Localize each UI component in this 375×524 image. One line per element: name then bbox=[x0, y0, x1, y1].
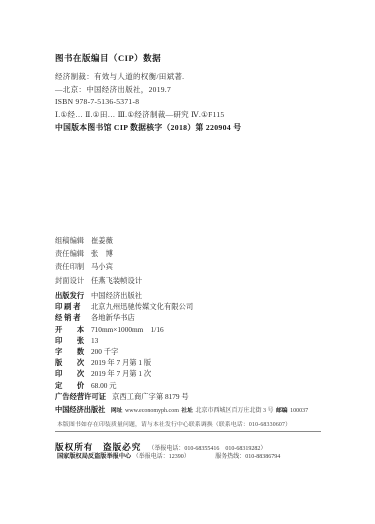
publishing-value: 京西工商广字第 8179 号 bbox=[112, 391, 189, 402]
publishing-value: 2019 年 7 月第 1 版 bbox=[91, 357, 151, 368]
publishing-value: 68.00 元 bbox=[91, 380, 117, 391]
publishing-label: 字 数 bbox=[55, 346, 85, 357]
staff-label: 组稿编辑 bbox=[55, 234, 85, 247]
publisher-contact-line: 中国经济出版社 网址 www.economyph.com 社址 北京市西城区百万… bbox=[55, 405, 355, 415]
staff-value: 张 博 bbox=[91, 247, 113, 260]
address-label: 社址 bbox=[181, 408, 193, 414]
cip-publisher-line: —北京：中国经济出版社，2019.7 bbox=[55, 84, 327, 97]
staff-row: 封面设计 任燕飞装帧设计 bbox=[55, 274, 315, 287]
publishing-row: 印 次 2019 年 7 月第 1 次 bbox=[55, 368, 335, 379]
cip-book-title-line: 经济制裁：有效与人道的权衡/田斌著. bbox=[55, 71, 327, 84]
publishing-value: 710mm×1000mm 1/16 bbox=[91, 324, 164, 335]
publishing-row: 经 销 者 各地新华书店 bbox=[55, 312, 335, 323]
website-value: www.economyph.com bbox=[125, 408, 179, 414]
publishing-label: 印 次 bbox=[55, 368, 85, 379]
cip-classification-line: Ⅰ.①经… Ⅱ.①田… Ⅲ.①经济制裁—研究 Ⅳ.①F115 bbox=[55, 109, 327, 122]
publishing-row: 字 数 200 千字 bbox=[55, 346, 335, 357]
publishing-label: 出版发行 bbox=[55, 290, 85, 301]
publishing-label: 经 销 者 bbox=[55, 312, 85, 323]
publishing-row: 出版发行 中国经济出版社 bbox=[55, 290, 335, 301]
cip-title: 图书在版编目（CIP）数据 bbox=[55, 52, 327, 64]
publishing-value: 各地新华书店 bbox=[91, 312, 135, 323]
staff-block: 组稿编辑 崔姜薇 责任编辑 张 博 责任印制 马小宾 封面设计 任燕飞装帧设计 bbox=[55, 234, 315, 287]
publishing-label: 版 次 bbox=[55, 357, 85, 368]
staff-row: 责任印制 马小宾 bbox=[55, 260, 315, 273]
anti-piracy-line: 国家版权局反盗版举报中心 （举报电话：12390） 服务热线：010-88386… bbox=[57, 451, 367, 460]
publishing-value: 中国经济出版社 bbox=[91, 290, 142, 301]
website-label: 网址 bbox=[111, 408, 123, 414]
publishing-row: 版 次 2019 年 7 月第 1 版 bbox=[55, 357, 335, 368]
staff-label: 责任编辑 bbox=[55, 247, 85, 260]
staff-row: 责任编辑 张 博 bbox=[55, 247, 315, 260]
publishing-row: 印 张 13 bbox=[55, 335, 335, 346]
divider-rule bbox=[55, 431, 321, 432]
staff-value: 任燕飞装帧设计 bbox=[91, 274, 142, 287]
staff-value: 崔姜薇 bbox=[91, 234, 113, 247]
service-hotline: 服务热线：010-88386794 bbox=[215, 454, 280, 460]
publishing-label: 印 张 bbox=[55, 335, 85, 346]
publishing-value: 2019 年 7 月第 1 次 bbox=[91, 368, 151, 379]
publishing-row: 广告经营许可证 京西工商广字第 8179 号 bbox=[55, 391, 335, 402]
address-value: 北京市西城区百万庄北街 3 号 bbox=[195, 408, 273, 414]
publishing-value: 北京九州迅驰传媒文化有限公司 bbox=[91, 301, 193, 312]
zip-label: 邮编 bbox=[276, 408, 288, 414]
publishing-row: 定 价 68.00 元 bbox=[55, 380, 335, 391]
publishing-label: 印 刷 者 bbox=[55, 301, 85, 312]
publishing-row: 开 本 710mm×1000mm 1/16 bbox=[55, 324, 335, 335]
anti-piracy-phone: （举报电话：12390） bbox=[133, 454, 190, 460]
copyright-page: 图书在版编目（CIP）数据 经济制裁：有效与人道的权衡/田斌著. —北京：中国经… bbox=[0, 0, 375, 524]
publishing-value: 13 bbox=[91, 335, 98, 346]
publishing-label: 广告经营许可证 bbox=[55, 391, 106, 402]
publishing-row: 印 刷 者 北京九州迅驰传媒文化有限公司 bbox=[55, 301, 335, 312]
staff-row: 组稿编辑 崔姜薇 bbox=[55, 234, 315, 247]
cip-isbn-line: ISBN 978-7-5136-5371-8 bbox=[55, 96, 327, 109]
cip-record-number: 中国版本图书馆 CIP 数据核字（2018）第 220904 号 bbox=[55, 121, 327, 134]
quality-note: 本版图书如存在印装质量问题，请与本社发行中心联系调换（联系电话：010-6833… bbox=[57, 419, 357, 428]
staff-label: 封面设计 bbox=[55, 274, 85, 287]
cip-block: 图书在版编目（CIP）数据 经济制裁：有效与人道的权衡/田斌著. —北京：中国经… bbox=[55, 52, 327, 134]
publishing-label: 开 本 bbox=[55, 324, 85, 335]
staff-value: 马小宾 bbox=[91, 260, 113, 273]
publishing-block: 出版发行 中国经济出版社 印 刷 者 北京九州迅驰传媒文化有限公司 经 销 者 … bbox=[55, 290, 335, 402]
staff-label: 责任印制 bbox=[55, 260, 85, 273]
publisher-name: 中国经济出版社 bbox=[55, 406, 105, 414]
publishing-label: 定 价 bbox=[55, 380, 85, 391]
zip-value: 100037 bbox=[290, 408, 308, 414]
anti-piracy-center-name: 国家版权局反盗版举报中心 bbox=[57, 453, 131, 460]
publishing-value: 200 千字 bbox=[91, 346, 118, 357]
